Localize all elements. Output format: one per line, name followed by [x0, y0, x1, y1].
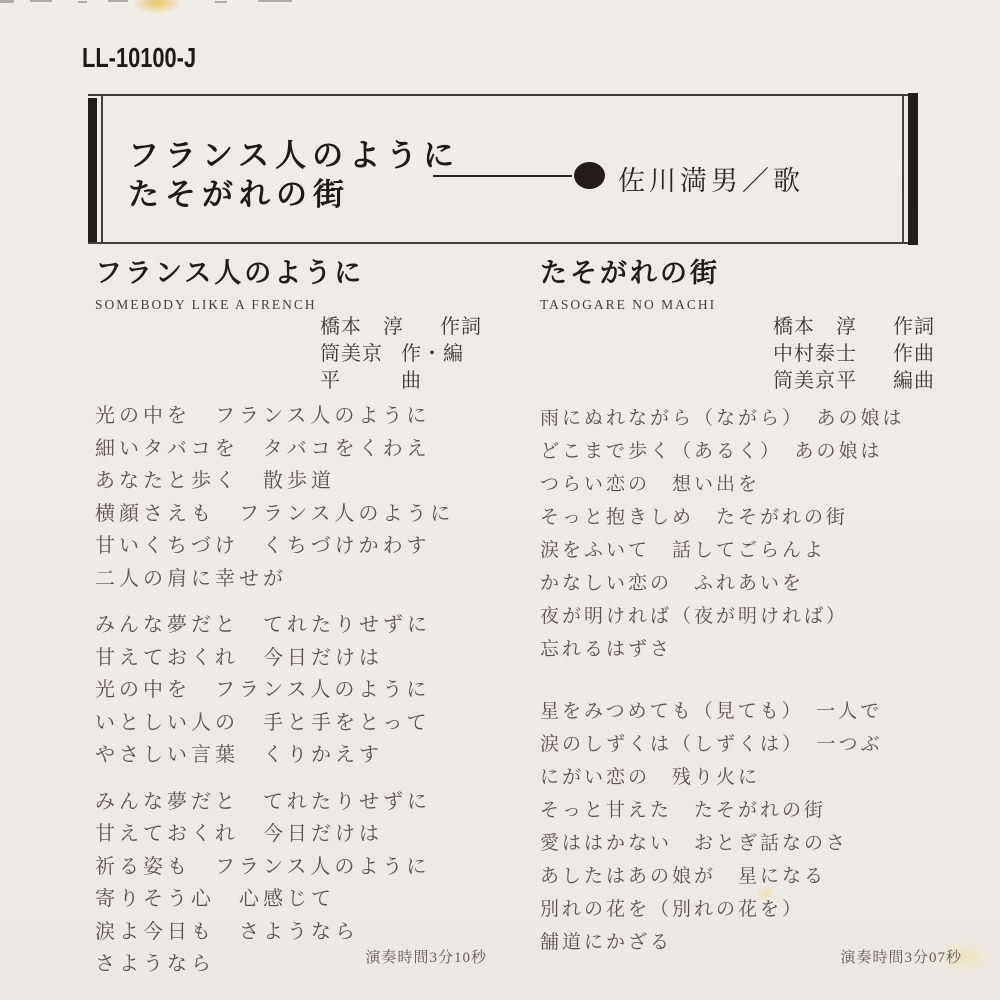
- lyric-line: 二人の肩に幸せが: [95, 563, 485, 596]
- lyric-line: 光の中を フランス人のように: [95, 674, 485, 707]
- credit-row: 橋本 淳作詞: [320, 314, 482, 341]
- lyric-line: 光の中を フランス人のように: [95, 400, 485, 433]
- verse: 星をみつめても（見ても） 一人で涙のしずくは（しずくは） 一つぶにがい恋の 残り…: [540, 695, 935, 959]
- box-title-line-2: たそがれの街: [128, 175, 460, 214]
- verse: みんな夢だと てれたりせずに甘えておくれ 今日だけは光の中を フランス人のように…: [95, 609, 485, 772]
- connector-line: [433, 175, 572, 177]
- lyric-line: 細いタバコを タバコをくわえ: [95, 433, 485, 466]
- lyric-line: 甘えておくれ 今日だけは: [95, 818, 485, 851]
- song-title: フランス人のように: [95, 256, 485, 290]
- lyric-line: 甘えておくれ 今日だけは: [95, 642, 485, 675]
- lyric-line: 寄りそう心 心感じて: [95, 883, 485, 916]
- credit-row: 中村泰士作曲: [773, 341, 935, 368]
- title-box-right-bar: [908, 93, 918, 245]
- credits-block: 橋本 淳作詞中村泰士作曲筒美京平編曲: [773, 314, 935, 395]
- lyric-line: みんな夢だと てれたりせずに: [95, 786, 485, 819]
- credit-row: 橋本 淳作詞: [773, 314, 935, 341]
- song-title: たそがれの街: [540, 256, 935, 290]
- credit-role: 編曲: [893, 368, 935, 395]
- lyric-line: 別れの花を（別れの花を）: [540, 893, 935, 926]
- title-box-right-rule: [902, 96, 904, 242]
- credit-name: 橋本 淳: [773, 314, 857, 341]
- lyric-line: 祈る姿も フランス人のように: [95, 851, 485, 884]
- lyric-line: そっと抱きしめ たそがれの街: [540, 501, 935, 534]
- credit-name: 橋本 淳: [320, 314, 404, 341]
- lyric-line: 横顔さえも フランス人のように: [95, 498, 485, 531]
- duration-label: 演奏時間3分10秒: [365, 946, 487, 967]
- credit-name: 中村泰士: [773, 341, 857, 368]
- lyric-line: 甘いくちづけ くちづけかわす: [95, 530, 485, 563]
- lyrics-block: 雨にぬれながら（ながら） あの娘はどこまで歩く（あるく） あの娘はつらい恋の 想…: [540, 402, 935, 959]
- lyric-line: 忘れるはずさ: [540, 633, 935, 666]
- verse: 雨にぬれながら（ながら） あの娘はどこまで歩く（あるく） あの娘はつらい恋の 想…: [540, 402, 935, 666]
- lyric-line: あしたはあの娘が 星になる: [540, 860, 935, 893]
- lyric-line: かなしい恋の ふれあいを: [540, 567, 935, 600]
- song-section-right: たそがれの街 TASOGARE NO MACHI 橋本 淳作詞中村泰士作曲筒美京…: [540, 256, 935, 1000]
- lyric-line: あなたと歩く 散歩道: [95, 465, 485, 498]
- lyric-line: どこまで歩く（あるく） あの娘は: [540, 435, 935, 468]
- lyric-line: 愛ははかない おとぎ話なのさ: [540, 827, 935, 860]
- box-titles: フランス人のように たそがれの街: [128, 136, 460, 214]
- lyrics-block: 光の中を フランス人のように細いタバコを タバコをくわえあなたと歩く 散歩道横顔…: [95, 400, 485, 981]
- artist-credit: 佐川満男／歌: [618, 159, 804, 198]
- credit-name: 筒美京平: [320, 341, 401, 395]
- lyric-line: つらい恋の 想い出を: [540, 468, 935, 501]
- lyric-line: やさしい言葉 くりかえす: [95, 739, 485, 772]
- credit-role: 作詞: [440, 314, 482, 341]
- credit-name: 筒美京平: [773, 368, 857, 395]
- lyric-line: いとしい人の 手と手をとって: [95, 707, 485, 740]
- lyric-line: 涙よ今日も さようなら: [95, 916, 485, 949]
- credit-role: 作曲: [893, 341, 935, 368]
- lyric-line: 涙をふいて 話してごらんよ: [540, 534, 935, 567]
- song-subtitle: TASOGARE NO MACHI: [540, 297, 935, 313]
- duration-label: 演奏時間3分07秒: [840, 946, 962, 967]
- verse: 光の中を フランス人のように細いタバコを タバコをくわえあなたと歩く 散歩道横顔…: [95, 400, 485, 595]
- lyric-sheet-page: LL-10100-J フランス人のように たそがれの街 佐川満男／歌 フランス人…: [0, 0, 1000, 1000]
- lyric-line: みんな夢だと てれたりせずに: [95, 609, 485, 642]
- title-box-left-bar: [88, 98, 97, 242]
- lyric-line: 星をみつめても（見ても） 一人で: [540, 695, 935, 728]
- lyric-line: 雨にぬれながら（ながら） あの娘は: [540, 402, 935, 435]
- credit-row: 筒美京平作・編曲: [320, 341, 482, 395]
- title-box: フランス人のように たそがれの街 佐川満男／歌: [88, 94, 918, 244]
- song-section-left: フランス人のように SOMEBODY LIKE A FRENCH 橋本 淳作詞筒…: [95, 256, 485, 1000]
- lyric-line: そっと甘えた たそがれの街: [540, 794, 935, 827]
- catalog-number: LL-10100-J: [82, 44, 196, 72]
- bullet-icon: [574, 162, 605, 189]
- credits-block: 橋本 淳作詞筒美京平作・編曲: [320, 314, 482, 395]
- paper-stain: [133, 0, 181, 14]
- box-title-line-1: フランス人のように: [128, 136, 460, 175]
- lyric-line: 涙のしずくは（しずくは） 一つぶ: [540, 728, 935, 761]
- song-subtitle: SOMEBODY LIKE A FRENCH: [95, 297, 485, 313]
- credit-role: 作詞: [893, 314, 935, 341]
- credit-row: 筒美京平編曲: [773, 368, 935, 395]
- lyric-line: 夜が明ければ（夜が明ければ）: [540, 600, 935, 633]
- credit-role: 作・編曲: [401, 341, 482, 395]
- lyric-line: にがい恋の 残り火に: [540, 761, 935, 794]
- title-box-left-rule: [101, 96, 103, 242]
